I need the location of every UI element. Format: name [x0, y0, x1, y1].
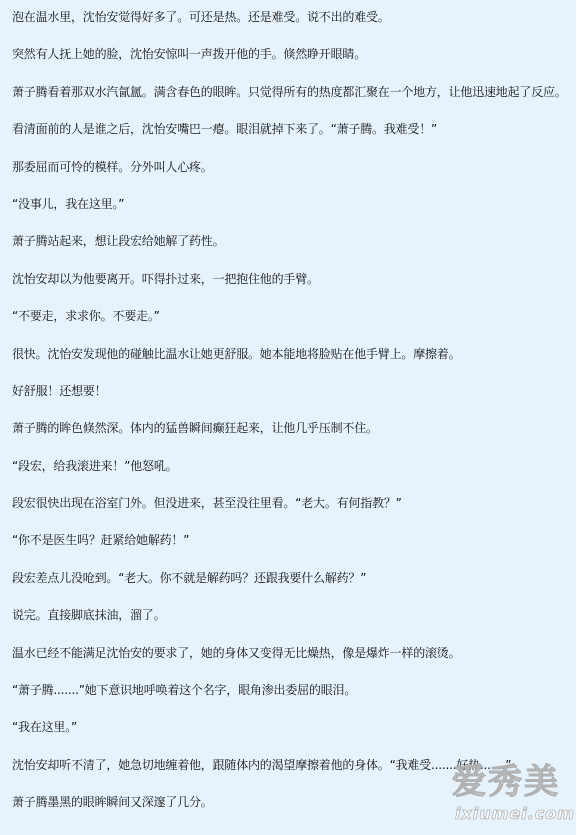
paragraph: “我在这里。” — [12, 719, 572, 756]
paragraph: 说完。直接脚底抹油，溜了。 — [12, 607, 572, 644]
paragraph: 萧子腾看着那双水汽氤氲。满含春色的眼眸。只觉得所有的热度都汇聚在一个地方，让他迅… — [12, 84, 572, 121]
paragraph: 泡在温水里，沈怡安觉得好多了。可还是热。还是难受。说不出的难受。 — [12, 9, 572, 46]
page-background: 泡在温水里，沈怡安觉得好多了。可还是热。还是难受。说不出的难受。 突然有人抚上她… — [0, 0, 576, 835]
article-body: 泡在温水里，沈怡安觉得好多了。可还是热。还是难受。说不出的难受。 突然有人抚上她… — [12, 9, 572, 832]
paragraph: “不要走，求求你。不要走。” — [12, 308, 572, 345]
paragraph: 看清面前的人是谁之后，沈怡安嘴巴一瘪。眼泪就掉下来了。“萧子腾。我难受！” — [12, 121, 572, 158]
paragraph: 那委屈而可怜的模样。分外叫人心疼。 — [12, 159, 572, 196]
paragraph: 沈怡安却听不清了，她急切地缠着他，跟随体内的渴望摩擦着他的身体。“我难受....… — [12, 757, 572, 794]
paragraph: “没事儿，我在这里。” — [12, 196, 572, 233]
paragraph: 突然有人抚上她的脸，沈怡安惊叫一声拨开他的手。倏然睁开眼睛。 — [12, 46, 572, 83]
paragraph: “段宏，给我滚进来！”他怒吼。 — [12, 458, 572, 495]
paragraph: 好舒服！还想要！ — [12, 383, 572, 420]
paragraph: 很快。沈怡安发现他的碰触比温水让她更舒服。她本能地将脸贴在他手臂上。摩擦着。 — [12, 346, 572, 383]
paragraph: 萧子腾站起来，想让段宏给她解了药性。 — [12, 233, 572, 270]
paragraph: 沈怡安却以为他要离开。吓得扑过来，一把抱住他的手臂。 — [12, 271, 572, 308]
paragraph: 萧子腾的眸色倏然深。体内的猛兽瞬间癫狂起来，让他几乎压制不住。 — [12, 420, 572, 457]
paragraph: 段宏很快出现在浴室门外。但没进来，甚至没往里看。“老大。有何指教？” — [12, 495, 572, 532]
paragraph: “萧子腾.......”她下意识地呼唤着这个名字，眼角渗出委屈的眼泪。 — [12, 682, 572, 719]
paragraph: “你不是医生吗？赶紧给她解药！” — [12, 532, 572, 569]
paragraph: 温水已经不能满足沈怡安的要求了，她的身体又变得无比燥热，像是爆炸一样的滚烫。 — [12, 645, 572, 682]
paragraph: 段宏差点儿没呛到。“老大。你不就是解药吗？还跟我要什么解药？” — [12, 570, 572, 607]
paragraph: 萧子腾墨黑的眼眸瞬间又深邃了几分。 — [12, 794, 572, 831]
